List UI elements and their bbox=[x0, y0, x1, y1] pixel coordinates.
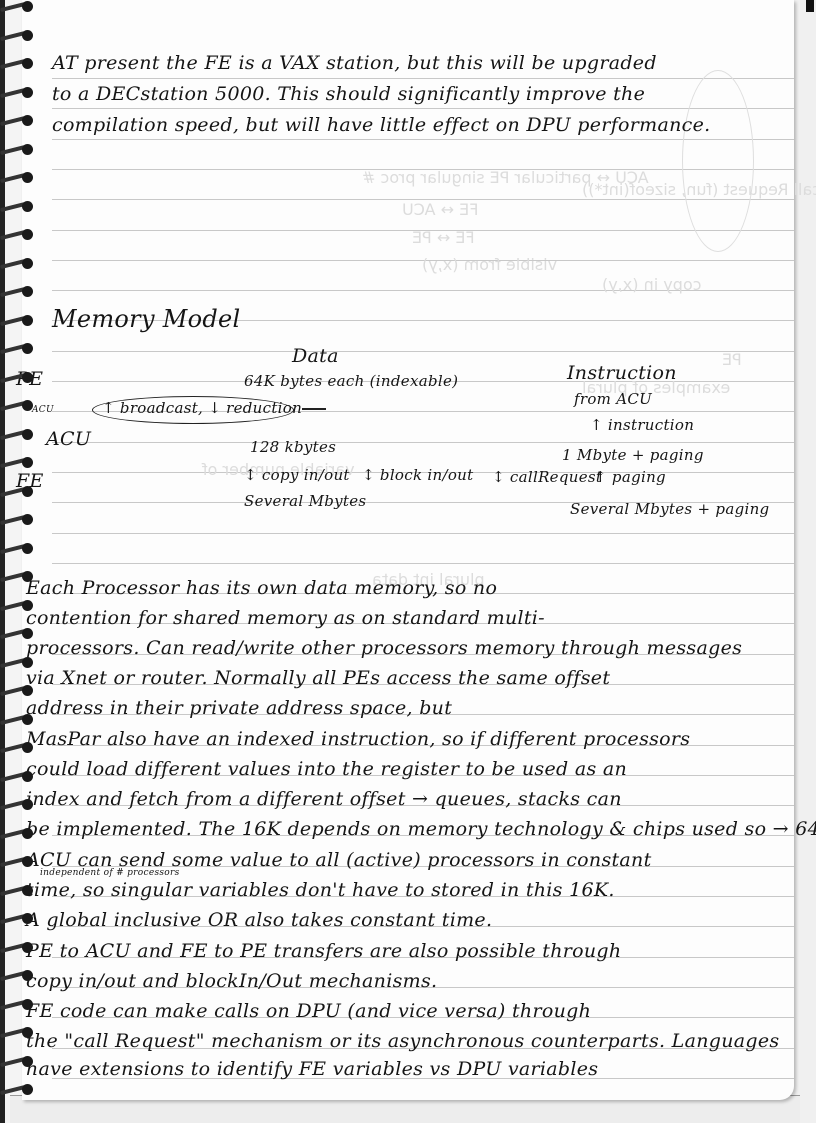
pe-instruction-value: from ACU bbox=[574, 390, 652, 408]
body-line: processors. Can read/write other process… bbox=[26, 637, 742, 659]
transfer-call: ↕ callRequest bbox=[492, 468, 602, 486]
spiral-coil bbox=[0, 59, 34, 71]
spiral-coil bbox=[0, 430, 34, 442]
ruled-line bbox=[52, 533, 794, 534]
acu-instruction-value: 1 Mbyte + paging bbox=[562, 446, 704, 464]
spiral-binding bbox=[0, 0, 40, 1123]
ruled-line bbox=[52, 78, 794, 79]
spiral-coil bbox=[0, 401, 34, 413]
transfer-paging: ↑ paging bbox=[594, 468, 666, 486]
body-line: FE code can make calls on DPU (and vice … bbox=[26, 1000, 591, 1022]
body-line: be implemented. The 16K depends on memor… bbox=[26, 818, 816, 840]
bleed-through-text: FE ↔ ACU bbox=[402, 200, 478, 219]
spiral-coil bbox=[0, 202, 34, 214]
spiral-coil bbox=[0, 287, 34, 299]
transfer-copy: ↕ copy in/out bbox=[244, 466, 350, 484]
bleed-through-brace bbox=[682, 70, 754, 252]
spiral-coil bbox=[0, 31, 34, 43]
spiral-coil bbox=[0, 2, 34, 14]
spiral-coil bbox=[0, 772, 34, 784]
column-header-data: Data bbox=[292, 345, 339, 367]
transfer-block: ↕ block in/out bbox=[362, 466, 473, 484]
spiral-coil bbox=[0, 544, 34, 556]
body-line: the "call Request" mechanism or its asyn… bbox=[26, 1030, 779, 1052]
spiral-coil bbox=[0, 800, 34, 812]
spiral-coil bbox=[0, 344, 34, 356]
spiral-coil bbox=[0, 1057, 34, 1069]
instruction-arrow-note: ↑ instruction bbox=[590, 416, 694, 434]
arrow-icon bbox=[302, 408, 326, 410]
fe-instruction-value: Several Mbytes + paging bbox=[570, 500, 769, 518]
body-line: MasPar also have an indexed instruction,… bbox=[26, 728, 690, 750]
spiral-coil bbox=[0, 145, 34, 157]
body-line: A global inclusive OR also takes constan… bbox=[26, 909, 492, 931]
fe-data-value: Several Mbytes bbox=[244, 492, 366, 510]
background-edge bbox=[794, 0, 816, 1123]
body-line: could load different values into the reg… bbox=[26, 758, 627, 780]
spiral-coil bbox=[0, 1000, 34, 1012]
body-line: have extensions to identify FE variables… bbox=[26, 1058, 598, 1080]
ruled-line bbox=[52, 563, 794, 564]
pe-data-value: 64K bytes each (indexable) bbox=[244, 372, 458, 390]
spiral-coil bbox=[0, 230, 34, 242]
body-line: copy in/out and blockIn/Out mechanisms. bbox=[26, 970, 437, 992]
column-header-instruction: Instruction bbox=[567, 362, 677, 384]
ruled-line bbox=[52, 442, 794, 443]
spiral-coil bbox=[0, 458, 34, 470]
spiral-coil bbox=[0, 743, 34, 755]
corner-mark bbox=[806, 0, 814, 12]
intro-line: compilation speed, but will have little … bbox=[52, 114, 710, 136]
spiral-coil bbox=[0, 914, 34, 926]
spiral-coil bbox=[0, 373, 34, 385]
body-line: PE to ACU and FE to PE transfers are als… bbox=[26, 940, 621, 962]
spiral-coil bbox=[0, 515, 34, 527]
bleed-through-text: PE bbox=[722, 350, 742, 369]
body-line: index and fetch from a different offset … bbox=[26, 788, 622, 810]
spiral-coil bbox=[0, 173, 34, 185]
ruled-line bbox=[52, 108, 794, 109]
spiral-coil bbox=[0, 487, 34, 499]
spiral-coil bbox=[0, 658, 34, 670]
spiral-coil bbox=[0, 1085, 34, 1097]
intro-line: AT present the FE is a VAX station, but … bbox=[52, 52, 657, 74]
interline-note: independent of # processors bbox=[40, 868, 180, 878]
bleed-through-text: FE ↔ PE bbox=[412, 228, 475, 247]
bleed-through-text: copy in (x,y) bbox=[602, 275, 701, 294]
row-label-acu: ACU bbox=[46, 428, 91, 450]
body-line: Each Processor has its own data memory, … bbox=[26, 577, 497, 599]
ruled-line bbox=[52, 351, 794, 352]
spiral-coil bbox=[0, 116, 34, 128]
spiral-coil bbox=[0, 686, 34, 698]
spiral-coil bbox=[0, 829, 34, 841]
spiral-coil bbox=[0, 88, 34, 100]
body-line: contention for shared memory as on stand… bbox=[26, 607, 545, 629]
intro-line: to a DECstation 5000. This should signif… bbox=[52, 83, 645, 105]
spiral-coil bbox=[0, 629, 34, 641]
body-line: address in their private address space, … bbox=[26, 697, 452, 719]
spiral-coil bbox=[0, 857, 34, 869]
bleed-through-text: visible from (x,y) bbox=[422, 255, 557, 274]
spiral-coil bbox=[0, 316, 34, 328]
notebook-page: ACU ↔ particular PE singular proc # FE ↔… bbox=[22, 0, 794, 1100]
section-heading: Memory Model bbox=[52, 305, 241, 333]
spiral-coil bbox=[0, 971, 34, 983]
spiral-coil bbox=[0, 1028, 34, 1040]
spiral-coil bbox=[0, 259, 34, 271]
spiral-coil bbox=[0, 943, 34, 955]
body-line: time, so singular variables don't have t… bbox=[26, 879, 615, 901]
spiral-coil bbox=[0, 886, 34, 898]
circled-note: ↑ broadcast, ↓ reduction bbox=[102, 399, 302, 417]
acu-data-value: 128 kbytes bbox=[250, 438, 336, 456]
spiral-coil bbox=[0, 572, 34, 584]
spiral-coil bbox=[0, 601, 34, 613]
spiral-coil bbox=[0, 715, 34, 727]
body-line: via Xnet or router. Normally all PEs acc… bbox=[26, 667, 610, 689]
